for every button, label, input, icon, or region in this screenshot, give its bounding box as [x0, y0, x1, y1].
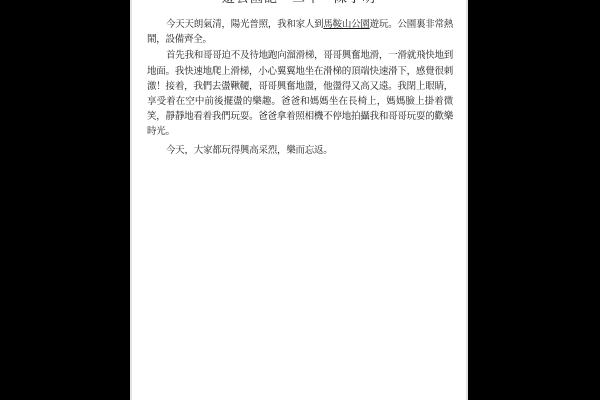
viewer-background: 遊公園記 二年 陳小明 今天天朗氣清，陽光普照，我和家人到馬鞍山公園遊玩。公園裏…	[0, 0, 600, 400]
essay-paragraph: 首先我和哥哥迫不及待地跑向溜滑梯，哥哥興奮地滑，一滑就飛快地到地面。我快速地爬上…	[147, 49, 453, 140]
essay-header-clipped: 遊公園記 二年 陳小明	[132, 0, 466, 5]
essay-text: 今天天朗氣清，陽光普照，我和家人到	[166, 20, 323, 30]
essay-body: 今天天朗氣清，陽光普照，我和家人到馬鞍山公園遊玩。公園裏非常熱鬧，設備齊全。首先…	[147, 18, 453, 159]
essay-text: 首先我和哥哥迫不及待地跑向溜滑梯，哥哥興奮地滑，一滑就飛快地到地面。我快速地爬上…	[147, 51, 453, 137]
document-page: 遊公園記 二年 陳小明 今天天朗氣清，陽光普照，我和家人到馬鞍山公園遊玩。公園裏…	[130, 0, 468, 400]
essay-paragraph: 今天，大家都玩得興高采烈，樂而忘返。	[147, 144, 453, 159]
essay-text: 今天，大家都玩得興高采烈，樂而忘返。	[166, 146, 333, 156]
essay-title-text: 遊公園記 二年 陳小明	[132, 0, 466, 5]
proper-noun-underlined: 馬鞍山公園	[323, 20, 369, 30]
essay-paragraph: 今天天朗氣清，陽光普照，我和家人到馬鞍山公園遊玩。公園裏非常熱鬧，設備齊全。	[147, 18, 453, 48]
